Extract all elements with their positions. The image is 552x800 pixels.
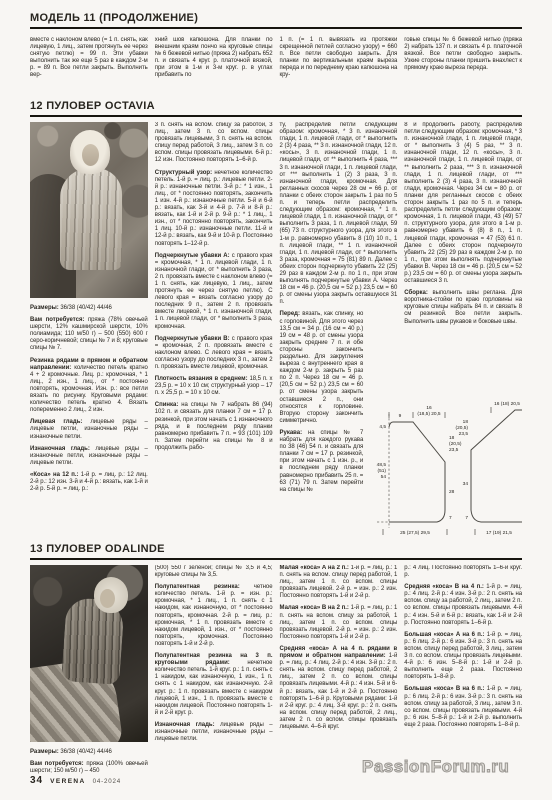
para-back: Спинка: на спицы № 7 набрать 86 (94) 102… xyxy=(155,402,273,452)
model12-title: 12 ПУЛОВЕР OCTAVIA xyxy=(30,100,155,112)
model12-photo xyxy=(30,122,148,298)
para-structure-pattern: Структурный узор: нечетное количество пе… xyxy=(155,170,273,248)
model12-col-1: Размеры: 36/38 (40/42) 44/46 Вам потребу… xyxy=(30,122,148,540)
para-assembly: Сборка: выполнить швы реглана. Для ворот… xyxy=(404,290,522,325)
model12-section-header: 12 ПУЛОВЕР OCTAVIA xyxy=(30,100,522,117)
para-front: Перед: вязать, как спинку, но с горловин… xyxy=(280,311,364,425)
para-lead: Подчеркнутые убавки В: xyxy=(155,336,230,342)
model11-title: МОДЕЛЬ 11 (ПРОДОЛЖЕНИЕ) xyxy=(30,12,198,24)
model12-col-2: 3 п. снять на вспом. спицу за работой, 3… xyxy=(155,122,273,540)
sleeve-top-label: 16 (18) 20,5 xyxy=(494,401,520,407)
para-rib: Резинка рядами в прямом и обратном напра… xyxy=(30,358,148,415)
para-cable12: «Коса» на 12 п.: 1-й р. = лиц. р.: 12 ли… xyxy=(30,472,148,493)
para-lead: Перед: xyxy=(280,311,300,317)
para-text: нечетное количество петель. 1-й круг. р.… xyxy=(155,660,273,716)
para-text: с правого края = кромочная, * 1 п. лицев… xyxy=(155,253,273,330)
para-text: 3 п. снять на вспом. спицу за работой, 3… xyxy=(155,122,273,163)
sleeve-hem-label: 7 xyxy=(465,515,468,521)
para-lead: Малая «коса» В на 2 п.: xyxy=(280,605,349,611)
model11-columns: вместе с наклоном влево (= 1 п. снять, к… xyxy=(30,37,522,85)
para-cable12-cont: 3 п. снять на вспом. спицу за работой, 3… xyxy=(155,122,273,165)
magazine-issue: 04-2024 xyxy=(93,778,121,785)
schematic-diagram: 9 16(18,5) 20,5 4,5 48,5(51)54 18(20,5)2… xyxy=(353,398,522,540)
para-lead: Малая «коса» А на 2 п.: xyxy=(280,565,349,571)
para-medium-cable-a: Средняя «коса» А на 4 п. рядами в прямом… xyxy=(280,646,398,731)
para-text: 1-й р. = лиц. р.: 4 лиц. 2-й р.: 4 изн. … xyxy=(280,653,398,730)
para-materials: Вам потребуется: пряжа (100% овечьей шер… xyxy=(30,761,148,775)
para-lead: Спинка: xyxy=(155,402,179,408)
para-lead: Структурный узор: xyxy=(155,170,212,176)
page-footer: 34 VERENA 04-2024 xyxy=(30,775,121,786)
para-text: 1-й р. = лиц. р.: 4 лиц. 2-й р.: 4 изн. … xyxy=(404,584,522,625)
para-lead: Рукава: xyxy=(280,430,303,436)
para-large-cable-a: Большая «коса» А на 6 п.: 1-й р. = лиц. … xyxy=(404,632,522,682)
para-materials-cont: (500) 550 г зеленой; спицы № 3,5 и 4,5; … xyxy=(155,565,273,579)
para-lead: Изнаночная гладь: xyxy=(30,446,90,452)
watermark-text: PassionForum.ru xyxy=(362,757,509,777)
para-lead: Изнаночная гладь: xyxy=(155,722,215,728)
para-lead: Плотность вязания в среднем: xyxy=(155,376,248,382)
para-decreases-b: Подчеркнутые убавки В: с правого края = … xyxy=(155,336,273,371)
model13-col-3: Малая «коса» А на 2 п.: 1-й р. = лиц. р.… xyxy=(280,565,398,736)
para-text: четное количество петель. 1-й р. = изн. … xyxy=(155,584,273,647)
body-outline xyxy=(389,422,445,522)
para-text: (500) 550 г зеленой; спицы № 3,5 и 4,5; … xyxy=(155,565,273,578)
body-side-label: 28 xyxy=(449,489,455,495)
model11-section-header: МОДЕЛЬ 11 (ПРОДОЛЖЕНИЕ) xyxy=(30,12,522,29)
model12-body: Размеры: 36/38 (40/42) 44/46 Вам потребу… xyxy=(30,122,522,540)
model13-title: 13 ПУЛОВЕР ODALINDE xyxy=(30,543,165,555)
model13-photo xyxy=(30,565,148,742)
para-text: на спицы № 7 набрать для каждого рукава … xyxy=(280,430,364,493)
sizes-value: 36/38 (40/42) 44/46 xyxy=(60,305,111,311)
para-lead: «Коса» на 12 п.: xyxy=(30,472,79,478)
sizes-value: 36/38 (40/42) 44/46 xyxy=(60,749,111,755)
photo-sweater-shape xyxy=(60,168,122,270)
para-sleeves-cont: 8 и продолжить работу, распределив петли… xyxy=(404,122,522,285)
para-medium-cable-a-cont: р.: 4 лиц. Постоянно повторять 1–6-й кру… xyxy=(404,565,522,579)
para-lead: Подчеркнутые убавки А: xyxy=(155,253,230,259)
para-stockinette: Лицевая гладь: лицевые ряды – лицевые пе… xyxy=(30,419,148,440)
para-text: нечетное количество петель. 1-й р. = лиц… xyxy=(155,170,273,247)
body-collar-label: 4,5 xyxy=(379,424,386,430)
para-text: вязать, как спинку, но с горловиной. Для… xyxy=(280,311,364,423)
para-small-cable-a: Малая «коса» А на 2 п.: 1-й р. = лиц. р.… xyxy=(280,565,398,600)
para-medium-cable-b: Средняя «коса» В на 4 п.: 1-й р. = лиц. … xyxy=(404,584,522,627)
model11-col4-text: говые спицы № 6 бежевой нитью (пряжа 2) … xyxy=(404,37,522,72)
model13-sizes-line: Размеры: 36/38 (40/42) 44/46 xyxy=(30,749,148,756)
body-length-label: 48,5(51)54 xyxy=(377,462,387,480)
para-text: на спицы № 7 набрать 86 (94) 102 п. и св… xyxy=(155,402,273,451)
sleeve-raglan-label: 18(20,5)23,5 xyxy=(455,419,468,437)
body-neck-label: 9 xyxy=(399,413,402,419)
para-sleeves: Рукава: на спицы № 7 набрать для каждого… xyxy=(280,430,364,494)
para-text: количество петель кратно 4 + 2 кромочные… xyxy=(30,365,148,414)
para-text: 1-й р. = лиц. р.: 6 лиц. 2-й р.: 6 изн. … xyxy=(404,686,522,727)
para-half-brioche-round: Полупатентная резинка на 3 п. круговыми … xyxy=(155,653,273,717)
page-number: 34 xyxy=(30,775,43,786)
model11-col3-text: 1 п. (= 1 п. вывязать из протяжки скреще… xyxy=(280,37,398,80)
para-reverse-stockinette: Изнаночная гладь: лицевые ряды – изнаноч… xyxy=(30,446,148,467)
para-lead: Сборка: xyxy=(404,290,428,296)
model11-col1-text: вместе с наклоном влево (= 1 п. снять, к… xyxy=(30,37,148,80)
para-text: р.: 4 лиц. Постоянно повторять 1–6-й кру… xyxy=(404,565,522,578)
para-lead: Средняя «коса» А на 4 п. рядами в прямом… xyxy=(280,646,398,659)
model13-col-1: Размеры: 36/38 (40/42) 44/46 Вам потребу… xyxy=(30,565,148,780)
para-back-cont: ту, распределив петли следующим образом:… xyxy=(280,122,398,306)
sizes-label: Размеры: xyxy=(30,749,59,755)
body-hem-label: 7 xyxy=(449,515,452,521)
para-lead: Полупатентная резинка: xyxy=(155,584,240,590)
para-decreases-a: Подчеркнутые убавки А: с правого края = … xyxy=(155,253,273,331)
para-lead: Вам потребуется: xyxy=(30,761,84,767)
magazine-brand: VERENA xyxy=(50,778,86,785)
magazine-page: МОДЕЛЬ 11 (ПРОДОЛЖЕНИЕ) вместе с наклоно… xyxy=(0,0,552,800)
sizes-label: Размеры: xyxy=(30,305,59,311)
para-materials: Вам потребуется: пряжа (78% овечьей шерс… xyxy=(30,317,148,352)
body-raglan-label: 18(20,5)23,5 xyxy=(449,435,462,453)
para-large-cable-b: Большая «коса» В на 6 п.: 1-й р. = лиц. … xyxy=(404,686,522,729)
para-text: ту, распределив петли следующим образом:… xyxy=(280,122,398,305)
photo-face-shape xyxy=(100,589,115,608)
para-lead: Средняя «коса» В на 4 п.: xyxy=(404,584,484,590)
para-lead: Вам потребуется: xyxy=(30,317,84,323)
model11-col2-text: хний шов капюшона. Для планки по внешним… xyxy=(155,37,273,80)
body-bottom-label: 25 (27,5) 29,5 xyxy=(400,530,430,536)
model13-col-4: р.: 4 лиц. Постоянно повторять 1–6-й кру… xyxy=(404,565,522,734)
photo-face-shape xyxy=(82,144,99,166)
para-gauge: Плотность вязания в среднем: 18,5 п. x 2… xyxy=(155,376,273,397)
para-lead: Большая «коса» В на 6 п.: xyxy=(404,686,484,692)
model13-col-2: (500) 550 г зеленой; спицы № 3,5 и 4,5; … xyxy=(155,565,273,748)
sleeve-outline xyxy=(471,410,522,522)
para-lead: Лицевая гладь: xyxy=(30,419,82,425)
para-text: 1-й р. = лиц. р.: 6 лиц. 2-й р.: 6 изн. … xyxy=(404,632,522,681)
model13-section-header: 13 ПУЛОВЕР ODALINDE xyxy=(30,543,522,560)
sleeve-bottom-label: 17 (19) 21,5 xyxy=(486,530,512,536)
para-text: 8 и продолжить работу, распределив петли… xyxy=(404,122,522,284)
schematic-svg: 9 16(18,5) 20,5 4,5 48,5(51)54 18(20,5)2… xyxy=(353,398,522,540)
para-reverse-stockinette: Изнаночная гладь: лицевые ряды – изнаноч… xyxy=(155,722,273,743)
sleeve-side-label: 34 xyxy=(463,481,469,487)
body-top-label: 16(18,5) 20,5 xyxy=(417,405,441,417)
para-lead: Большая «коса» А на 6 п.: xyxy=(404,632,484,638)
para-small-cable-b: Малая «коса» В на 2 п.: 1-й р. = лиц. р.… xyxy=(280,605,398,640)
para-half-brioche: Полупатентная резинка: четное количество… xyxy=(155,584,273,648)
model12-sizes-line: Размеры: 36/38 (40/42) 44/46 xyxy=(30,305,148,312)
